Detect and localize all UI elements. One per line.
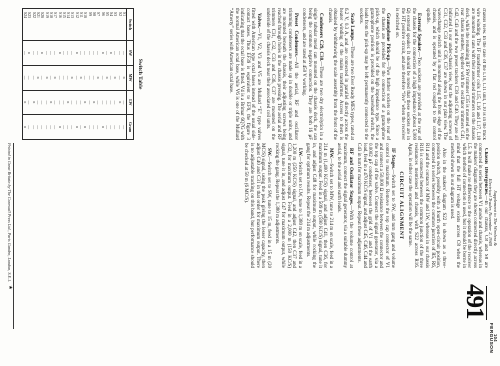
paragraph: Chassis Divergencies.—In our chassis, C8… bbox=[449, 143, 488, 268]
switch-name-cell: S10 bbox=[83, 9, 87, 41]
switch-state-cell: — bbox=[96, 90, 100, 115]
switch-state-cell: — bbox=[31, 65, 35, 90]
switch-state-cell: — bbox=[92, 41, 96, 66]
switch-name-cell: S8 bbox=[92, 9, 96, 41]
switch-name-cell: S19 bbox=[44, 9, 48, 41]
paragraph: External Speaker.—Two sockets are provid… bbox=[394, 8, 422, 140]
service-sheet-page: Supplement to The Wireless & Electrical … bbox=[0, 0, 500, 366]
switch-table-header: SW bbox=[127, 41, 134, 66]
switch-state-cell: — bbox=[92, 65, 96, 90]
sheet-number: 491 bbox=[461, 284, 487, 319]
switch-state-cell: — bbox=[83, 65, 87, 90]
switch-state-cell: — bbox=[122, 115, 127, 140]
switch-state-cell: — bbox=[57, 65, 61, 90]
switch-state-cell: o bbox=[83, 90, 87, 115]
switch-row: S7—o—— bbox=[96, 9, 100, 140]
make-model-block: 104 FERGUSON bbox=[488, 320, 499, 356]
switch-state-cell: o bbox=[57, 115, 61, 140]
text-column-2: Chassis Divergencies.—In our chassis, C8… bbox=[146, 143, 488, 268]
switch-name-cell: S18 bbox=[49, 9, 53, 41]
switch-row: S19—o—— bbox=[44, 9, 48, 140]
switch-state-cell: — bbox=[105, 41, 109, 66]
switch-row: S6o——o bbox=[100, 9, 104, 140]
imprint-block: Printed in Great Britain by The Cornwall… bbox=[8, 143, 15, 335]
switch-state-cell: — bbox=[117, 115, 121, 140]
switch-row: S9———— bbox=[87, 9, 91, 140]
switch-state-cell: o bbox=[83, 115, 87, 140]
switch-state-cell: — bbox=[79, 90, 83, 115]
paragraph: Scale Lamps.—These are two Ever Ready ME… bbox=[326, 8, 354, 140]
switch-state-cell: o bbox=[122, 65, 127, 90]
switch-state-cell: o bbox=[79, 65, 83, 90]
switch-state-cell: o bbox=[100, 41, 104, 66]
switch-row: S12o——o bbox=[74, 9, 78, 140]
paragraph: Valves.—V1, V2, V3 and V5 are Mullard “E… bbox=[227, 8, 261, 140]
switch-state-cell: — bbox=[22, 41, 27, 66]
switch-state-cell: — bbox=[70, 115, 74, 140]
switch-state-cell: o bbox=[96, 65, 100, 90]
paragraph-lead: Valves. bbox=[256, 13, 261, 28]
switch-state-cell: o bbox=[105, 65, 109, 90]
paragraph-lead: Gramophone Pick-up. bbox=[386, 13, 391, 61]
paragraph-lead: LW. bbox=[297, 148, 302, 157]
switch-state-cell: — bbox=[74, 65, 78, 90]
switch-table-header-row: SwitchSWMWLWGram bbox=[127, 9, 134, 140]
switch-row: S1—o—— bbox=[122, 9, 127, 140]
switch-state-cell: o bbox=[49, 90, 53, 115]
switch-table-title: Switch Table bbox=[136, 8, 143, 140]
switch-state-cell: — bbox=[66, 41, 70, 66]
switch-state-cell: o bbox=[109, 41, 113, 66]
switch-state-cell: — bbox=[96, 115, 100, 140]
switch-name-cell: S13 bbox=[70, 9, 74, 41]
switch-row: S11—o—— bbox=[79, 9, 83, 140]
switch-state-cell: — bbox=[27, 115, 31, 140]
switch-state-cell: — bbox=[31, 115, 35, 140]
switch-table: SwitchSWMWLWGram S1—o——S2——o—S3—o——S4o——… bbox=[22, 8, 134, 140]
switch-state-cell: — bbox=[40, 65, 44, 90]
switch-row: S3—o—— bbox=[113, 9, 117, 140]
switch-name-cell: S3 bbox=[113, 9, 117, 41]
paragraph: Also in the makers' diagram S22 is shown… bbox=[407, 143, 446, 268]
switch-name-cell: S22 bbox=[31, 9, 35, 41]
switch-state-cell: o bbox=[27, 41, 31, 66]
switch-table-header: Switch bbox=[127, 9, 134, 41]
switch-state-cell: — bbox=[105, 90, 109, 115]
switch-state-cell: o bbox=[74, 115, 78, 140]
scanned-service-sheet: Supplement to The Wireless & Electrical … bbox=[0, 0, 500, 366]
switch-state-cell: — bbox=[113, 115, 117, 140]
switch-row: S13—o—— bbox=[70, 9, 74, 140]
switch-state-cell: — bbox=[83, 41, 87, 66]
switch-state-cell: o bbox=[100, 115, 104, 140]
switch-row: S21—o—— bbox=[36, 9, 40, 140]
switch-state-cell: — bbox=[53, 115, 57, 140]
switch-name-cell: S12 bbox=[74, 9, 78, 41]
switch-state-cell: — bbox=[40, 90, 44, 115]
paragraph-lead: RF and Oscillator Stages. bbox=[348, 148, 353, 205]
switch-state-cell: — bbox=[36, 115, 40, 140]
switch-state-cell: — bbox=[96, 41, 100, 66]
switch-state-cell: — bbox=[27, 90, 31, 115]
switch-state-cell: — bbox=[70, 90, 74, 115]
switch-state-cell: — bbox=[53, 41, 57, 66]
switch-state-cell: — bbox=[40, 115, 44, 140]
switch-state-cell: — bbox=[122, 90, 127, 115]
switch-name-cell: S20 bbox=[40, 9, 44, 41]
imprint-rule bbox=[13, 143, 14, 329]
switch-table-header: Gram bbox=[127, 115, 134, 140]
paragraph-lead: SW. bbox=[266, 148, 271, 157]
switch-state-cell: — bbox=[44, 115, 48, 140]
switch-state-cell: — bbox=[109, 90, 113, 115]
switch-state-cell: — bbox=[87, 90, 91, 115]
switch-row: S8——o— bbox=[92, 9, 96, 140]
switch-state-cell: — bbox=[36, 90, 40, 115]
switch-state-cell: — bbox=[87, 115, 91, 140]
switch-name-cell: S4 bbox=[109, 9, 113, 41]
switch-state-cell: o bbox=[22, 90, 27, 115]
switch-state-cell: — bbox=[44, 41, 48, 66]
switch-state-cell: — bbox=[113, 41, 117, 66]
paragraph-lead: Condensers C29, C30. bbox=[318, 13, 323, 61]
paragraph-lead: Preset Condensers. bbox=[293, 13, 298, 57]
switch-state-cell: — bbox=[49, 65, 53, 90]
switch-state-cell: — bbox=[66, 65, 70, 90]
end-star-icon: ★ bbox=[8, 285, 13, 289]
switch-state-cell: — bbox=[44, 90, 48, 115]
switch-row: S23o——— bbox=[27, 9, 31, 140]
switch-state-cell: o bbox=[31, 90, 35, 115]
switch-name-cell: S16 bbox=[57, 9, 61, 41]
switch-state-cell: — bbox=[62, 90, 66, 115]
switch-table-header: MW bbox=[127, 65, 134, 90]
switch-name-cell: S24 bbox=[22, 9, 27, 41]
switch-state-cell: o bbox=[113, 65, 117, 90]
switch-name-cell: S21 bbox=[36, 9, 40, 41]
paragraph: SW.—Switch set to SW, tune to 15 m, feed… bbox=[243, 143, 271, 268]
switch-row: S17—o—— bbox=[53, 9, 57, 140]
switch-state-cell: — bbox=[62, 115, 66, 140]
switch-state-cell: — bbox=[87, 65, 91, 90]
switch-name-cell: S23 bbox=[27, 9, 31, 41]
paragraph: Condensers C29, C30.—These are two dry e… bbox=[301, 8, 323, 140]
switch-state-cell: — bbox=[117, 41, 121, 66]
paragraph-lead: MW. bbox=[328, 148, 333, 159]
switch-row: S10——oo bbox=[83, 9, 87, 140]
switch-state-cell: o bbox=[117, 90, 121, 115]
switch-state-cell: — bbox=[31, 41, 35, 66]
switch-state-cell: — bbox=[27, 65, 31, 90]
paragraph: MW.—Switch set to MW, tune to 214 m on s… bbox=[305, 143, 333, 268]
switch-state-cell: — bbox=[100, 65, 104, 90]
switch-name-cell: S14 bbox=[66, 9, 70, 41]
text-column-1: chassis view. In the case of the L10, L1… bbox=[146, 8, 486, 140]
switch-state-cell: — bbox=[105, 115, 109, 140]
switch-state-cell: o bbox=[92, 90, 96, 115]
switch-state-cell: — bbox=[100, 90, 104, 115]
printer-imprint: Printed in Great Britain by The Cornwall… bbox=[8, 143, 13, 282]
switch-row: S15———— bbox=[62, 9, 66, 140]
switch-row: S5—o—— bbox=[105, 9, 109, 140]
switch-state-cell: — bbox=[117, 65, 121, 90]
switch-state-cell: — bbox=[70, 41, 74, 66]
switch-row: S18——o— bbox=[49, 9, 53, 140]
switch-state-cell: — bbox=[79, 115, 83, 140]
switch-state-cell: — bbox=[62, 65, 66, 90]
switch-state-cell: — bbox=[74, 90, 78, 115]
switch-state-cell: — bbox=[49, 115, 53, 140]
paragraph: IF Stages.—Switch set to SW, and turn ga… bbox=[356, 143, 395, 268]
switch-state-cell: — bbox=[66, 115, 70, 140]
switch-table-body: S1—o——S2——o—S3—o——S4o———S5—o——S6o——oS7—o… bbox=[22, 9, 126, 140]
switch-state-cell: o bbox=[74, 41, 78, 66]
paragraph-lead: External Speaker. bbox=[416, 13, 421, 52]
supplement-masthead: Supplement to The Wireless & Electrical … bbox=[487, 138, 498, 246]
switch-state-cell: o bbox=[36, 65, 40, 90]
switch-state-cell: — bbox=[36, 41, 40, 66]
switch-state-cell: — bbox=[92, 115, 96, 140]
switch-state-cell: — bbox=[62, 41, 66, 66]
switch-name-cell: S11 bbox=[79, 9, 83, 41]
switch-state-cell: o bbox=[70, 65, 74, 90]
switch-state-cell: o bbox=[57, 41, 61, 66]
paragraph: LW.—Switch set to LW, tune to 1,380 m on… bbox=[274, 143, 302, 268]
switch-state-cell: — bbox=[109, 65, 113, 90]
masthead-line-1: Supplement to The Wireless & bbox=[493, 138, 498, 246]
switch-state-cell: — bbox=[87, 41, 91, 66]
paragraph-lead: Scale Lamps. bbox=[349, 13, 354, 41]
paragraph-lead: IF Stages. bbox=[390, 148, 395, 170]
switch-name-cell: S5 bbox=[105, 9, 109, 41]
switch-state-cell: — bbox=[57, 90, 61, 115]
paragraph-lead: Chassis Divergencies. bbox=[483, 148, 488, 195]
switch-row: S14——o— bbox=[66, 9, 70, 140]
switch-row: S4o——— bbox=[109, 9, 113, 140]
paragraph: Preset Condensers.—All the aerial, RF an… bbox=[264, 8, 298, 140]
switch-state-cell: — bbox=[113, 90, 117, 115]
switch-row: S20o——— bbox=[40, 9, 44, 140]
switch-state-cell: — bbox=[53, 90, 57, 115]
sheet-id-block: 104 FERGUSON 491 bbox=[455, 282, 499, 360]
switch-state-cell: — bbox=[109, 115, 113, 140]
switch-state-cell: — bbox=[22, 65, 27, 90]
switch-row: S2——o— bbox=[117, 9, 121, 140]
make-name: FERGUSON bbox=[488, 320, 494, 356]
switch-state-cell: — bbox=[122, 41, 127, 66]
switch-state-cell: o bbox=[44, 65, 48, 90]
switch-state-cell: o bbox=[66, 90, 70, 115]
section-heading: CIRCUIT ALIGNMENT bbox=[398, 143, 404, 268]
switch-row: S24——oo bbox=[22, 9, 27, 140]
model-number: 104 bbox=[493, 320, 498, 356]
paragraph: Gramophone Pick-up.—Two further sockets … bbox=[357, 8, 391, 140]
switch-row: S16o——o bbox=[57, 9, 61, 140]
switch-state-cell: o bbox=[53, 65, 57, 90]
switch-name-cell: S15 bbox=[62, 9, 66, 41]
paragraph: chassis view. In the case of the L10, L1… bbox=[424, 8, 486, 140]
switch-name-cell: S6 bbox=[100, 9, 104, 41]
switch-name-cell: S17 bbox=[53, 9, 57, 41]
switch-table-header: LW bbox=[127, 90, 134, 115]
switch-row: S22——o— bbox=[31, 9, 35, 140]
switch-name-cell: S7 bbox=[96, 9, 100, 41]
switch-state-cell: o bbox=[22, 115, 27, 140]
switch-state-cell: o bbox=[40, 41, 44, 66]
switch-name-cell: S1 bbox=[122, 9, 127, 41]
switch-state-cell: — bbox=[79, 41, 83, 66]
switch-name-cell: S2 bbox=[117, 9, 121, 41]
switch-table-block: Switch Table SwitchSWMWLWGram S1—o——S2——… bbox=[22, 8, 143, 140]
switch-state-cell: — bbox=[49, 41, 53, 66]
switch-name-cell: S9 bbox=[87, 9, 91, 41]
paragraph: RF and Oscillator Stages.—With the volum… bbox=[336, 143, 353, 268]
